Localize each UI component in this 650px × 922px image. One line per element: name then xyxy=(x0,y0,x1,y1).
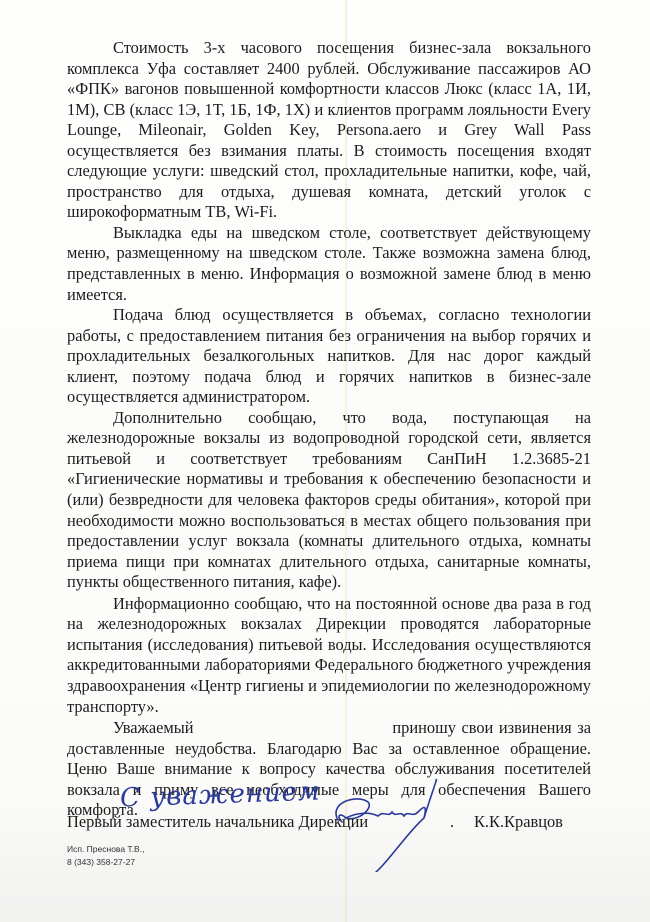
letter-body: Стоимость 3-х часового посещения бизнес-… xyxy=(67,38,591,821)
scanned-letter-page: Стоимость 3-х часового посещения бизнес-… xyxy=(0,0,650,922)
signatory-name: К.К.Кравцов xyxy=(474,812,563,832)
executor-phone: 8 (343) 358-27-27 xyxy=(67,856,144,869)
executor-info: Исп. Преснова Т.В., 8 (343) 358-27-27 xyxy=(67,843,144,869)
signature-dot: . xyxy=(450,812,454,832)
paragraph-lounge-cost: Стоимость 3-х часового посещения бизнес-… xyxy=(67,38,591,223)
signatory-title: Первый заместитель начальника Дирекции xyxy=(67,812,368,832)
paragraph-serving: Подача блюд осуществляется в объемах, со… xyxy=(67,305,591,408)
signature-block: Первый заместитель начальника Дирекции .… xyxy=(67,812,627,842)
paragraph-lab-tests: Информационно сообщаю, что на постоянной… xyxy=(67,594,591,717)
paragraph-water: Дополнительно сообщаю, что вода, поступа… xyxy=(67,408,591,593)
executor-name: Исп. Преснова Т.В., xyxy=(67,843,144,856)
paragraph-buffet: Выкладка еды на шведском столе, соответс… xyxy=(67,223,591,305)
